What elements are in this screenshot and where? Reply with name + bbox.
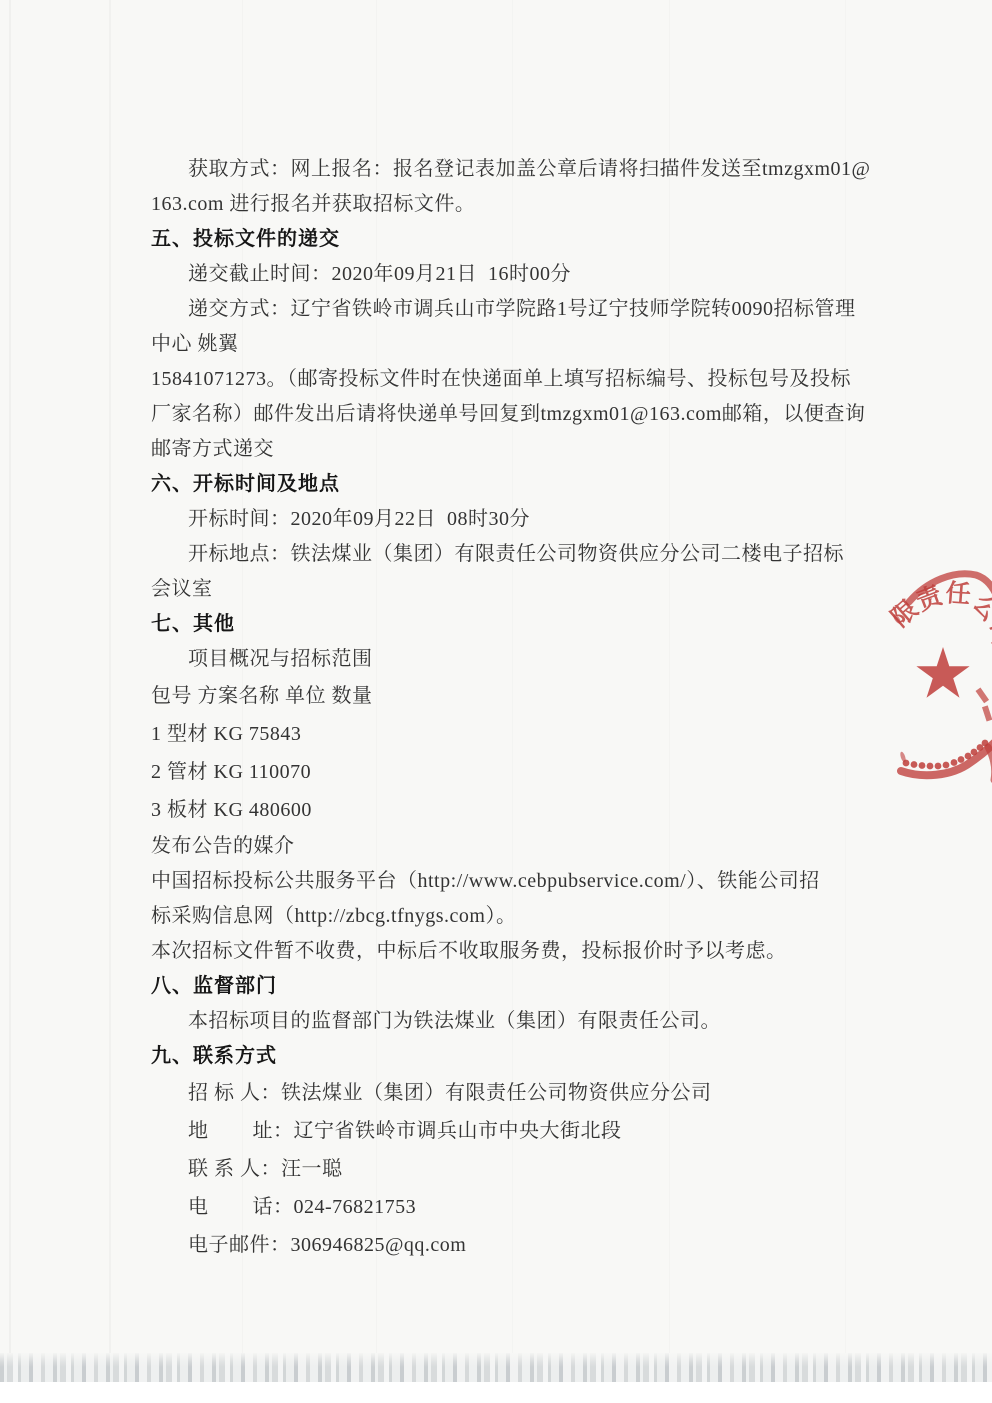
submission-method-line-5: 邮寄方式递交	[151, 432, 891, 467]
company-seal-stamp: 限责任公司	[855, 548, 992, 813]
package-table-row: 2 管材 KG 110070	[151, 753, 891, 791]
document-body: 获取方式：网上报名：报名登记表加盖公章后请将扫描件发送至tmzgxm01@ 16…	[151, 152, 891, 1264]
package-table-row: 1 型材 KG 75843	[151, 715, 891, 753]
opening-time-line: 开标时间：2020年09月22日 08时30分	[151, 502, 891, 537]
seal-star-icon	[916, 647, 969, 698]
opening-place-line-2: 会议室	[151, 572, 891, 607]
fee-note-line: 本次招标文件暂不收费，中标后不收取服务费，投标报价时予以考虑。	[151, 934, 891, 969]
section-heading-opening: 六、开标时间及地点	[151, 467, 891, 502]
section-heading-other: 七、其他	[151, 607, 891, 642]
contact-phone-line: 电 话：024-76821753	[151, 1188, 891, 1226]
section-heading-contact: 九、联系方式	[151, 1039, 891, 1074]
contact-address-line: 地 址：辽宁省铁岭市调兵山市中央大街北段	[151, 1112, 891, 1150]
seal-arc-text: 限责任公司	[886, 579, 992, 651]
scanner-artifact-band	[0, 1353, 992, 1382]
project-scope-line: 项目概况与招标范围	[151, 642, 891, 677]
scan-artifact-line	[109, 0, 111, 1382]
media-line-1: 中国招标投标公共服务平台（http://www.cebpubservice.co…	[151, 864, 891, 899]
submission-deadline-line: 递交截止时间：2020年09月21日 16时00分	[151, 257, 891, 292]
contact-person-line: 联 系 人：汪一聪	[151, 1150, 891, 1188]
seal-clipped-characters	[976, 688, 992, 722]
submission-method-line-2: 中心 姚翼	[151, 327, 891, 362]
submission-method-line-3: 15841071273。（邮寄投标文件时在快递面单上填写招标编号、投标包号及投标	[151, 362, 891, 397]
contact-email-line: 电子邮件：306946825@qq.com	[151, 1226, 891, 1264]
package-table-row: 3 板材 KG 480600	[151, 791, 891, 829]
media-line-2: 标采购信息网（http://zbcg.tfnygs.com）。	[151, 899, 891, 934]
scanned-document-page: 获取方式：网上报名：报名登记表加盖公章后请将扫描件发送至tmzgxm01@ 16…	[0, 0, 992, 1403]
package-table-header: 包号 方案名称 单位 数量	[151, 677, 891, 715]
contact-tenderer-line: 招 标 人：铁法煤业（集团）有限责任公司物资供应分公司	[151, 1074, 891, 1112]
page-bottom-margin	[0, 1382, 992, 1403]
opening-place-line-1: 开标地点：铁法煤业（集团）有限责任公司物资供应分公司二楼电子招标	[151, 537, 891, 572]
supervision-body-line: 本招标项目的监督部门为铁法煤业（集团）有限责任公司。	[151, 1004, 891, 1039]
acquisition-note-line-2: 163.com 进行报名并获取招标文件。	[151, 187, 891, 222]
section-heading-submission: 五、投标文件的递交	[151, 222, 891, 257]
submission-method-line-1: 递交方式：辽宁省铁岭市调兵山市学院路1号辽宁技师学院转0090招标管理	[151, 292, 891, 327]
section-heading-supervision: 八、监督部门	[151, 969, 891, 1004]
submission-method-line-4: 厂家名称）邮件发出后请将快递单号回复到tmzgxm01@163.com邮箱，以便…	[151, 397, 891, 432]
scan-artifact-line	[9, 0, 11, 1382]
seal-ring-right-fragment	[988, 747, 992, 780]
acquisition-note-line-1: 获取方式：网上报名：报名登记表加盖公章后请将扫描件发送至tmzgxm01@	[151, 152, 891, 187]
seal-arc-text-element: 限责任公司	[886, 579, 992, 651]
media-title-line: 发布公告的媒介	[151, 829, 891, 864]
